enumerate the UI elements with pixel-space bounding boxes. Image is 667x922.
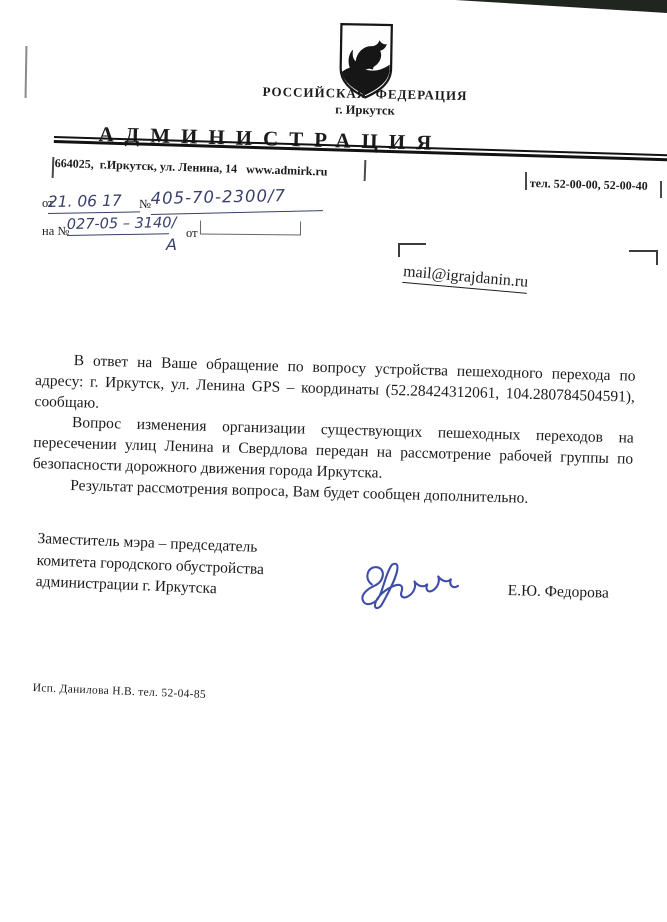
outgoing-number-handwritten: 405-70-2300/7 (150, 185, 323, 215)
scan-artifact-left-edge (25, 46, 28, 98)
scan-artifact-top-right (455, 0, 667, 13)
addressee-corner-mark-right (629, 250, 658, 265)
incoming-date-blank-field (200, 220, 301, 235)
incoming-number-label: на № (42, 224, 69, 239)
incoming-date-label: от (186, 226, 198, 241)
handwritten-signature-icon (349, 547, 468, 623)
letterhead-address: 664025, г.Иркутск, ул. Ленина, 14 www.ad… (55, 156, 328, 180)
incoming-number-handwritten: 027-05 – 3140/ (67, 215, 169, 236)
incoming-number-suffix-handwritten: А (166, 235, 177, 254)
addressee-email: mail@igrajdanin.ru (402, 263, 529, 294)
letter-body: В ответ на Ваше обращение по вопросу уст… (32, 350, 636, 512)
letterhead-phone: тел. 52-00-00, 52-00-40 (530, 176, 648, 194)
outgoing-date-handwritten: 21. 06 17 (48, 191, 140, 214)
scan-tick-after-phone (660, 181, 662, 198)
signatory-name: Е.Ю. Федорова (508, 582, 610, 603)
executor-note: Исп. Данилова Н.В. тел. 52-04-85 (33, 682, 207, 701)
scanned-letter-page: РОССИЙСКАЯ ФЕДЕРАЦИЯ г. Иркутск АДМИНИСТ… (0, 0, 667, 922)
signatory-position: Заместитель мэра – председатель комитета… (35, 528, 265, 602)
addressee-corner-mark-left (398, 243, 426, 257)
scan-tick-after-address (364, 160, 366, 181)
scan-tick-before-address (52, 157, 54, 178)
outgoing-number-sign: № (139, 197, 151, 212)
scan-tick-before-phone (525, 172, 527, 190)
